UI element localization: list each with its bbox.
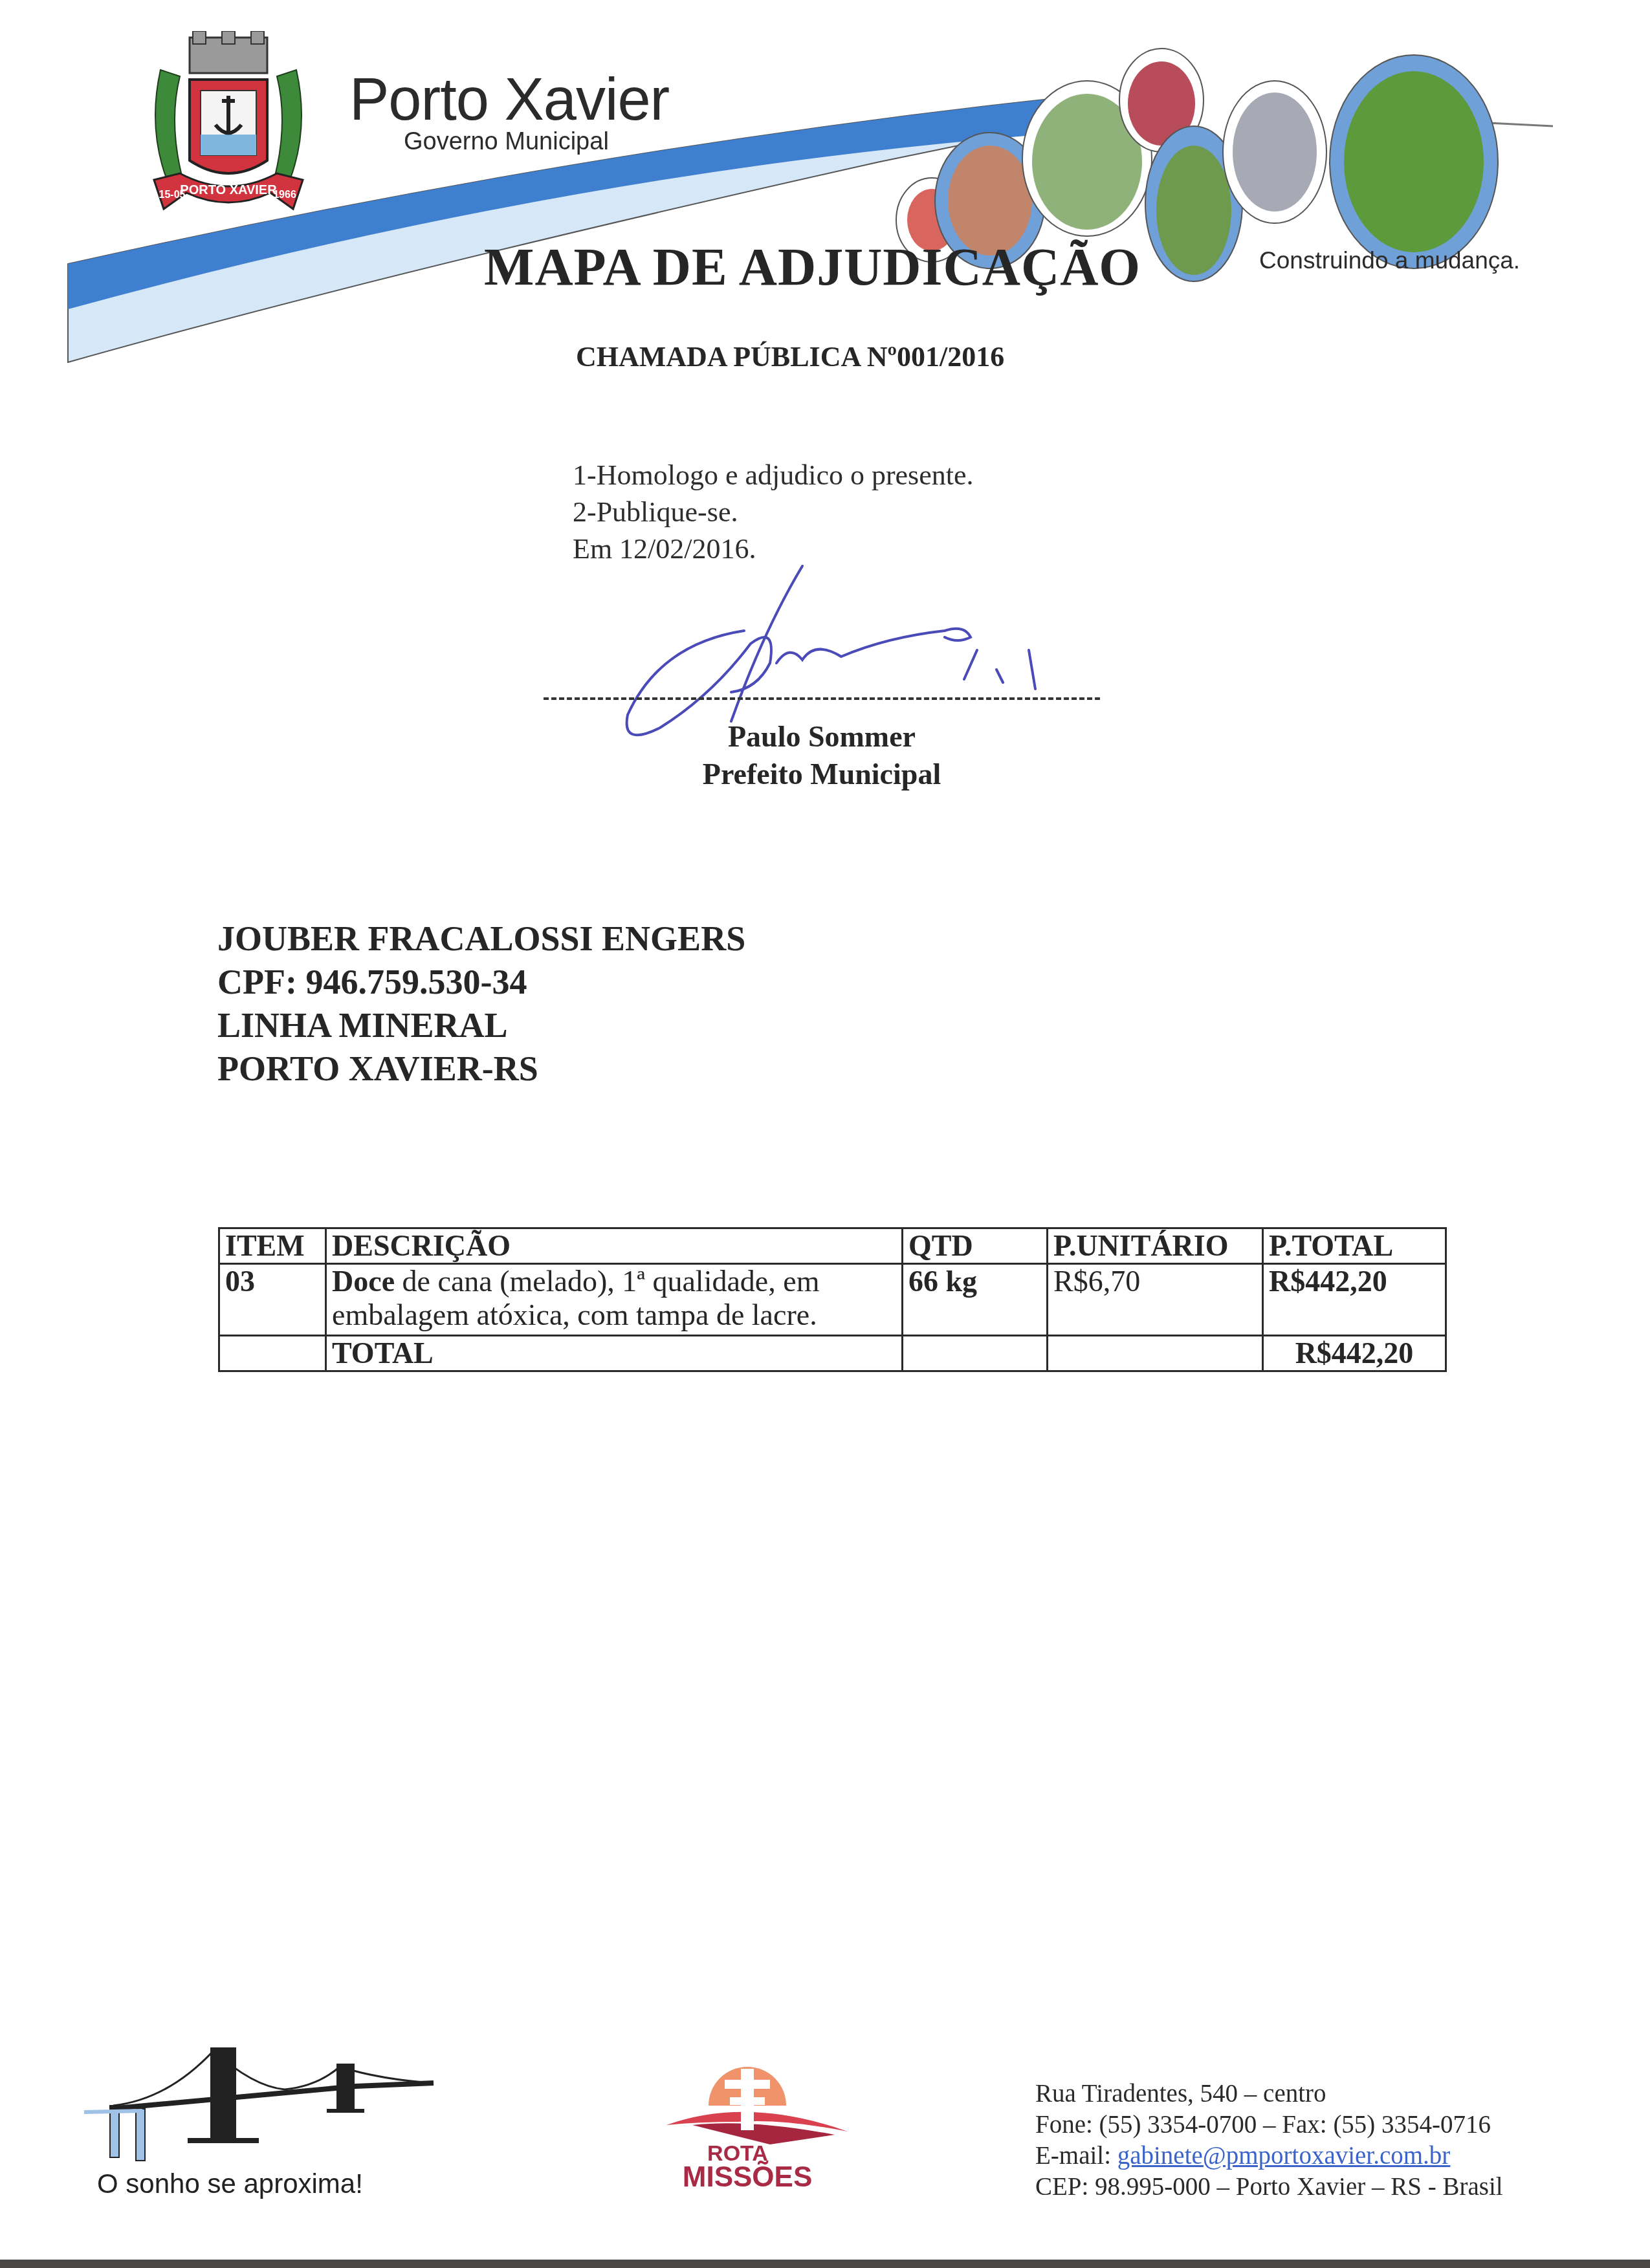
address-line: Rua Tiradentes, 540 – centro [1035,2078,1503,2110]
tagline: Construindo a mudança. [1259,248,1520,272]
signer-block: Paulo Sommer Prefeito Municipal [544,718,1100,793]
header-total-price: P.TOTAL [1263,1228,1446,1264]
cell-item: 03 [219,1264,326,1336]
crest-date-right: 1966 [273,190,296,201]
cell-quantity: 66 kg [903,1264,1048,1336]
cell-total-price: R$442,20 [1263,1264,1446,1336]
cell-description: Doce de cana (melado), 1ª qualidade, em … [326,1264,903,1336]
supplier-city: PORTO XAVIER-RS [217,1047,745,1091]
government-label: Governo Municipal [404,129,609,154]
phone-line: Fone: (55) 3354-0700 – Fax: (55) 3354-07… [1035,2110,1503,2141]
email-link[interactable]: gabinete@pmportoxavier.com.br [1117,2142,1451,2170]
total-label: TOTAL [326,1336,903,1371]
signer-role: Prefeito Municipal [544,756,1100,793]
decision-line: 1-Homologo e adjudico o presente. [573,457,974,494]
cell-empty [219,1336,326,1371]
bridge-caption: O sonho se aproxima! [97,2170,363,2197]
bridge-icon [84,2034,446,2164]
table-total-row: TOTAL R$442,20 [219,1336,1446,1371]
email-line: E-mail: gabinete@pmportoxavier.com.br [1035,2141,1503,2172]
cep-line: CEP: 98.995-000 – Porto Xavier – RS - Br… [1035,2172,1503,2203]
adjudication-table: ITEM DESCRIÇÃO QTD P.UNITÁRIO P.TOTAL 03… [218,1227,1447,1372]
decision-line: 2-Publique-se. [573,494,974,530]
decision-block: 1-Homologo e adjudico o presente. 2-Publ… [573,457,974,567]
description-bold: Doce [332,1265,395,1298]
supplier-cpf: CPF: 946.759.530-34 [217,961,745,1004]
cell-empty [903,1336,1048,1371]
rota-missoes-logo: ROTA MISSÕES [641,2057,861,2199]
header-description: DESCRIÇÃO [326,1228,903,1264]
table-header-row: ITEM DESCRIÇÃO QTD P.UNITÁRIO P.TOTAL [219,1228,1446,1264]
supplier-block: JOUBER FRACALOSSI ENGERS CPF: 946.759.53… [217,917,745,1091]
header-unit-price: P.UNITÁRIO [1048,1228,1263,1264]
supplier-name: JOUBER FRACALOSSI ENGERS [217,917,745,961]
total-value: R$442,20 [1263,1336,1446,1371]
signer-name: Paulo Sommer [544,718,1100,756]
header-item: ITEM [219,1228,326,1264]
description-rest: de cana (melado), 1ª qualidade, em embal… [332,1265,819,1331]
municipality-name: Porto Xavier [349,70,669,129]
crest-ribbon-text: PORTO XAVIER [180,183,277,197]
document-title: MAPA DE ADJUDICAÇÃO [484,241,1141,294]
contact-address-block: Rua Tiradentes, 540 – centro Fone: (55) … [1035,2078,1503,2203]
crest-date-left: 15-05 [159,190,186,201]
header-quantity: QTD [903,1228,1048,1264]
table-row: 03 Doce de cana (melado), 1ª qualidade, … [219,1264,1446,1336]
missoes-text: MISSÕES [683,2161,813,2193]
cell-empty [1048,1336,1263,1371]
cell-unit-price: R$6,70 [1048,1264,1263,1336]
email-label: E-mail: [1035,2142,1117,2170]
coat-of-arms-logo: PORTO XAVIER 15-05 1966 [141,31,316,225]
document-subtitle: CHAMADA PÚBLICA Nº001/2016 [576,343,1004,371]
signature-line [544,697,1100,700]
supplier-locality: LINHA MINERAL [217,1004,745,1047]
scan-border [0,2260,1650,2268]
